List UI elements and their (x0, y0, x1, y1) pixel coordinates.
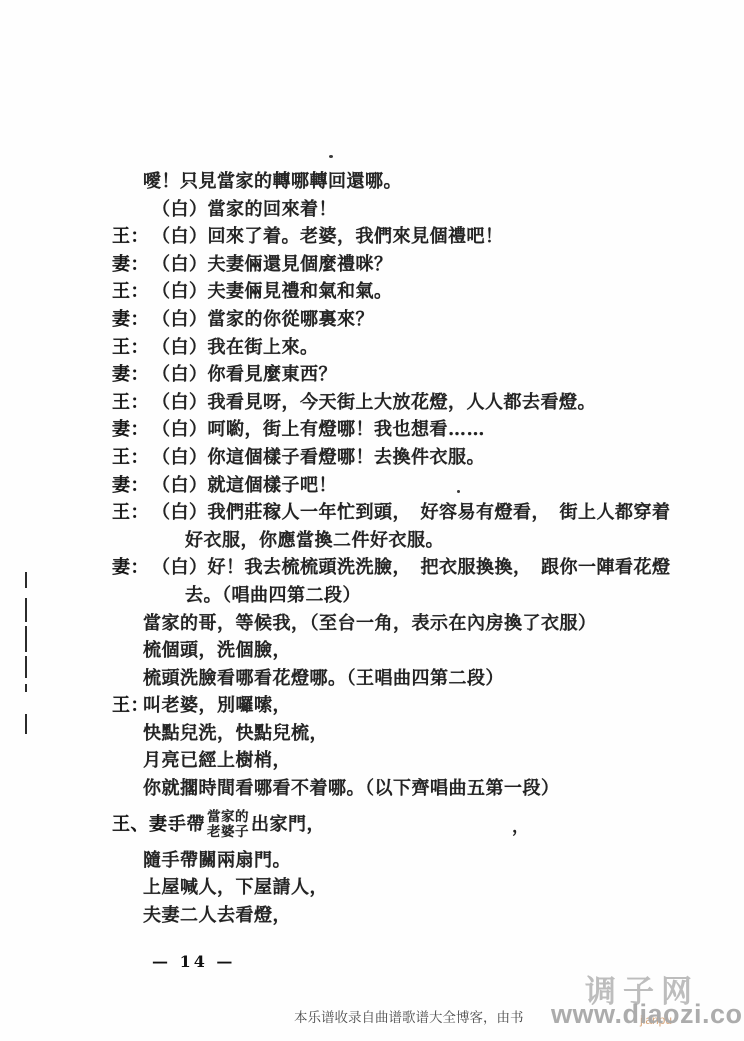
line-text: （白）我們莊稼人一年忙到頭， 好容易有燈看， 街上人都穿着 (152, 502, 671, 523)
margin-fold-mark (25, 598, 27, 622)
speaker-label: 王： (112, 278, 149, 306)
script-line: 梳頭洗臉看哪看花燈哪。（王唱曲四第二段） (0, 665, 744, 693)
script-text-block: 噯！只見當家的轉哪轉回還哪。（白）當家的回來着！王：（白）回來了着。老婆，我們來… (0, 168, 744, 929)
script-line: 王：（白）我們莊稼人一年忙到頭， 好容易有燈看， 街上人都穿着 (0, 499, 744, 527)
script-line: 王：（白）回來了着。老婆，我們來見個禮吧！ (0, 223, 744, 251)
speaker-label: 王： (112, 334, 149, 362)
line-text: 梳個頭，洗個臉， (143, 640, 291, 661)
line-text: 快點兒洗，快點兒梳， (143, 723, 328, 744)
script-line: 好衣服，你應當換二件好衣服。 (0, 527, 744, 555)
speaker-label: 妻： (112, 361, 149, 389)
line-text: （白）我看見呀，今天街上大放花燈，人人都去看燈。 (152, 392, 596, 413)
speaker-label: 王： (112, 389, 149, 417)
script-line: 夫妻二人去看燈， (0, 902, 744, 930)
speaker-label: 妻： (112, 554, 149, 582)
script-line: 妻：（白）就這個樣子吧！ (0, 472, 744, 500)
speaker-label: 王、妻： (112, 803, 186, 847)
script-line: 快點兒洗，快點兒梳， (0, 720, 744, 748)
line-text: 上屋喊人，下屋請人， (143, 877, 328, 898)
script-line: 妻：（白）呵喲，街上有燈哪！我也想看…… (0, 416, 744, 444)
margin-fold-mark (25, 684, 27, 692)
page-number: — 14 — (152, 952, 235, 971)
script-line: 王、妻：手帶當家的老婆子出家門， (0, 803, 744, 847)
script-line: 王：（白）你這個樣子看燈哪！去換件衣服。 (0, 444, 744, 472)
script-line: 上屋喊人，下屋請人， (0, 874, 744, 902)
script-line: 月亮已經上樹梢， (0, 747, 744, 775)
margin-fold-mark (25, 656, 27, 678)
stacked-alternative-words: 當家的老婆子 (207, 810, 249, 840)
line-text: （白）回來了着。老婆，我們來見個禮吧！ (152, 226, 504, 247)
line-text: 當家的哥，等候我，（至台一角，表示在內房換了衣服） (143, 613, 597, 634)
line-text: （白）當家的回來着！ (152, 199, 337, 220)
line-text: （白）夫妻倆還見個麼禮咪？ (152, 254, 393, 275)
script-line: 王：（白）夫妻倆見禮和氣和氣。 (0, 278, 744, 306)
scan-speck (457, 490, 460, 493)
script-line: 王：叫老婆，別囉嗦， (0, 692, 744, 720)
scan-speck (329, 155, 333, 158)
speaker-label: 王： (112, 692, 149, 720)
script-line: 你就擱時間看哪看不着哪。（以下齊唱曲五第一段） (0, 775, 744, 803)
line-text: （白）你看見麼東西？ (152, 364, 337, 385)
script-line: 當家的哥，等候我，（至台一角，表示在內房換了衣服） (0, 610, 744, 638)
line-text: （白）當家的你從哪裏來？ (152, 309, 374, 330)
speaker-label: 王： (112, 499, 149, 527)
line-text: 梳頭洗臉看哪看花燈哪。（王唱曲四第二段） (143, 668, 504, 689)
script-line: 妻：（白）當家的你從哪裏來？ (0, 306, 744, 334)
line-text: 叫老婆，別囉嗦， (143, 695, 291, 716)
line-text: 隨手帶關兩扇門。 (143, 850, 291, 871)
speaker-label: 妻： (112, 472, 149, 500)
margin-fold-mark (25, 626, 27, 652)
script-line: 去。（唱曲四第二段） (0, 582, 744, 610)
script-line: 王：（白）我在街上來。 (0, 334, 744, 362)
line-text: 手帶當家的老婆子出家門， (168, 803, 325, 847)
line-text: 好衣服，你應當換二件好衣服。 (185, 530, 444, 551)
line-text: 去。（唱曲四第二段） (185, 585, 361, 606)
script-line: 妻：（白）夫妻倆還見個麼禮咪？ (0, 251, 744, 279)
script-line: 梳個頭，洗個臉， (0, 637, 744, 665)
line-text: （白）就這個樣子吧！ (152, 475, 337, 496)
script-line: 妻：（白）好！我去梳梳頭洗洗臉， 把衣服換換， 跟你一陣看花燈 (0, 554, 744, 582)
scanned-score-page: 噯！只見當家的轉哪轉回還哪。（白）當家的回來着！王：（白）回來了着。老婆，我們來… (0, 0, 744, 1041)
line-text: 月亮已經上樹梢， (143, 750, 291, 771)
line-text: （白）夫妻倆見禮和氣和氣。 (152, 281, 393, 302)
script-line: 妻：（白）你看見麼東西？ (0, 361, 744, 389)
line-text: 你就擱時間看哪看不着哪。（以下齊唱曲五第一段） (143, 778, 560, 799)
margin-fold-mark (25, 572, 27, 588)
speaker-label: 妻： (112, 416, 149, 444)
watermark-site-url: www.diaozi.com (551, 999, 744, 1030)
script-line: 王：（白）我看見呀，今天街上大放花燈，人人都去看燈。 (0, 389, 744, 417)
speaker-label: 王： (112, 444, 149, 472)
script-line: 隨手帶關兩扇門。 (0, 847, 744, 875)
line-text: （白）我在街上來。 (152, 337, 319, 358)
speaker-label: 妻： (112, 251, 149, 279)
line-text: （白）呵喲，街上有燈哪！我也想看…… (152, 419, 485, 440)
line-text: 噯！只見當家的轉哪轉回還哪。 (143, 171, 402, 192)
source-caption: 本乐谱收录自曲谱歌谱大全博客，由书 (294, 1006, 524, 1026)
margin-fold-mark (25, 714, 27, 734)
stray-comma-mark: ， (512, 812, 529, 837)
line-text: （白）好！我去梳梳頭洗洗臉， 把衣服換換， 跟你一陣看花燈 (152, 557, 671, 578)
line-text: 夫妻二人去看燈， (143, 905, 291, 926)
speaker-label: 妻： (112, 306, 149, 334)
script-line: （白）當家的回來着！ (0, 196, 744, 224)
line-text: （白）你這個樣子看燈哪！去換件衣服。 (152, 447, 485, 468)
speaker-label: 王： (112, 223, 149, 251)
script-line: 噯！只見當家的轉哪轉回還哪。 (0, 168, 744, 196)
